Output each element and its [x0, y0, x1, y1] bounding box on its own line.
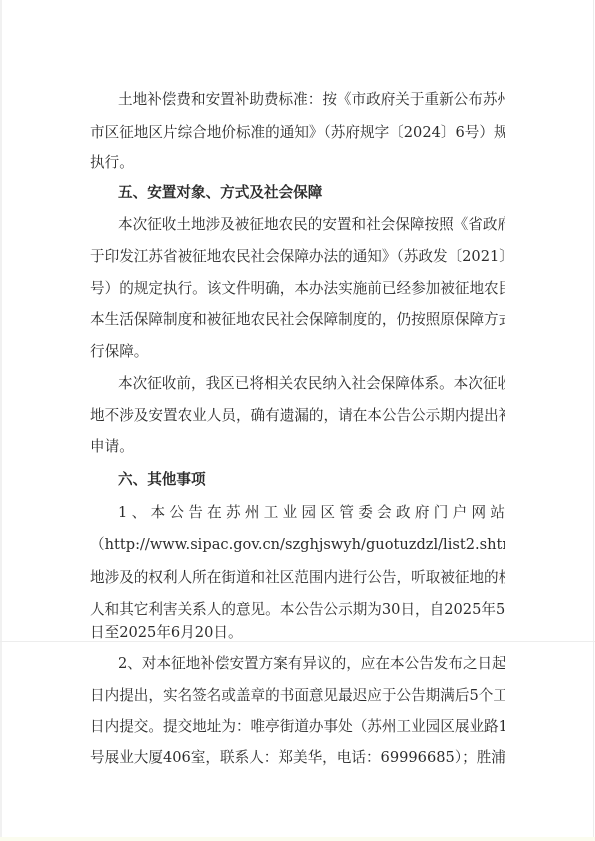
section-5-heading: 五、安置对象、方式及社会保障 [118, 182, 505, 204]
document-page: 土地补偿费和安置补助费标准：按《市政府关于重新公布苏州市 市区征地区片综合地价标… [0, 0, 595, 841]
section-5-para1-line-1: 本次征收土地涉及被征地农民的安置和社会保障按照《省政府关 [118, 214, 505, 236]
section-6-item2-line-1: 2、对本征地补偿安置方案有异议的，应在本公告发布之日起30 [118, 653, 505, 675]
compensation-line-3: 执行。 [90, 152, 505, 174]
section-6-item2-line-3: 日内提交。提交地址为：唯亭街道办事处（苏州工业园区展业路18 [90, 716, 505, 738]
section-5-para1-line-4: 本生活保障制度和被征地农民社会保障制度的，仍按照原保障方式进 [90, 309, 505, 331]
section-5-para2-line-2: 地不涉及安置农业人员，确有遗漏的，请在本公告公示期内提出补偿 [90, 405, 505, 427]
compensation-line-1: 土地补偿费和安置补助费标准：按《市政府关于重新公布苏州市 [118, 89, 505, 111]
scan-edge-right [593, 0, 594, 841]
section-6-item2-line-4: 号展业大厦406室，联系人：郑美华，电话：69996685）；胜浦街道 [90, 747, 505, 769]
section-6-item2-line-2: 日内提出，实名签名或盖章的书面意见最迟应于公告期满后5个工作 [90, 685, 505, 707]
section-5-para1-line-2: 于印发江苏省被征地农民社会保障办法的通知》（苏政发〔2021〕87 [90, 246, 505, 268]
scan-bottom-band [0, 837, 595, 841]
section-5-para1-line-5: 行保障。 [90, 341, 505, 363]
section-5-para1-line-3: 号）的规定执行。该文件明确，本办法实施前已经参加被征地农民基 [90, 278, 505, 300]
section-6-item1-line-4: 人和其它利害关系人的意见。本公告公示期为30日，自2025年5月21 [90, 599, 505, 621]
section-6-heading: 六、其他事项 [118, 469, 505, 491]
section-6-item1-line-2-url: （http://www.sipac.gov.cn/szghjswyh/guotu… [90, 534, 505, 556]
section-6-item1-line-1: 1、本公告在苏州工业园区管委会政府门户网站 [118, 502, 505, 524]
compensation-line-2: 市区征地区片综合地价标准的通知》（苏府规字〔2024〕6号）规定 [90, 122, 505, 144]
scan-edge-left [0, 0, 2, 841]
section-5-para2-line-3: 申请。 [90, 436, 505, 458]
section-5-para2-line-1: 本次征收前，我区已将相关农民纳入社会保障体系。本次征收土 [118, 373, 505, 395]
page-seam-divider [0, 641, 595, 642]
section-6-item1-line-3: 地涉及的权利人所在街道和社区范围内进行公告，听取被征地的权利 [90, 567, 505, 589]
